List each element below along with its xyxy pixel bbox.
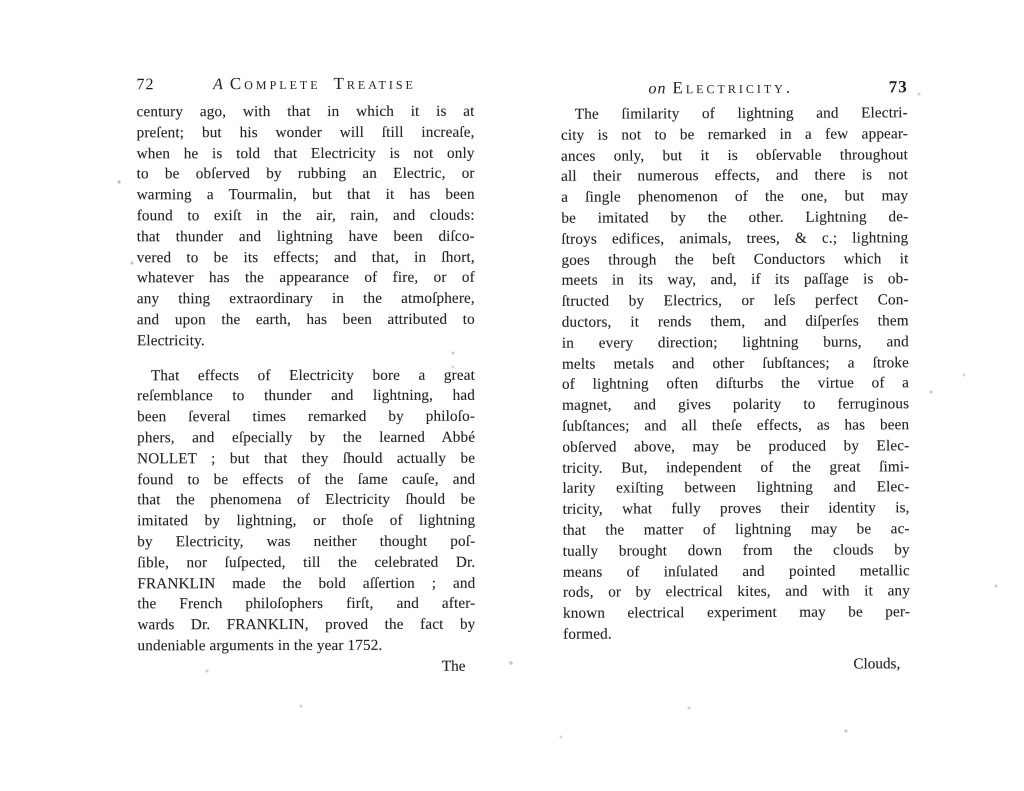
- running-title-left-wrap: AComplete Treatise: [154, 74, 474, 95]
- page-left: 72 AComplete Treatise century ago, with …: [136, 74, 475, 678]
- running-title-right-wrap: onElectricity.: [561, 77, 881, 98]
- text-line: ſubſtances; and all theſe effects, as ha…: [562, 415, 909, 437]
- text-line: and upon the earth, has been attributed …: [137, 310, 475, 331]
- text-line: NOLLET ; but that they ſhould actually b…: [137, 448, 475, 469]
- catchword-left: The: [137, 656, 475, 677]
- text-line: tricity, what fully proves their identit…: [563, 498, 910, 520]
- paragraph: century ago, with that in which it is at…: [137, 102, 475, 352]
- paragraph: That effects of Electricity bore a great…: [137, 365, 476, 657]
- text-line: whatever has the appearance of fire, or …: [137, 268, 475, 289]
- text-line: any thing extraordinary in the atmoſpher…: [137, 289, 475, 310]
- book-scan: 72 AComplete Treatise century ago, with …: [0, 0, 1024, 791]
- text-line: FRANKLIN made the bold aſſertion ; and: [137, 573, 475, 594]
- text-line: The ſimilarity of lightning and Electri-: [561, 103, 908, 125]
- text-line: ſible, nor ſuſpected, till the celebrate…: [137, 552, 475, 573]
- text-line: ſtroys edifices, animals, trees, & c.; l…: [561, 228, 908, 250]
- text-line: tually brought down from the clouds by: [563, 540, 910, 562]
- text-line: preſent; but his wonder will ſtill incre…: [137, 123, 475, 144]
- text-line: larity exiſting between lightning and El…: [562, 478, 909, 500]
- text-line: ſtructed by Electrics, or leſs perfect C…: [562, 290, 909, 312]
- running-title-prefix-right: on: [648, 80, 666, 97]
- text-line: all their numerous effects, and there is…: [561, 166, 908, 188]
- text-line: of lightning often diſturbs the virtue o…: [562, 374, 909, 396]
- running-title-right: Electricity.: [672, 78, 793, 98]
- text-line: ductors, it rends them, and diſperſes th…: [562, 311, 909, 333]
- text-line: reſemblance to thunder and lightning, ha…: [137, 386, 475, 407]
- text-line: wards Dr. FRANKLIN, proved the fact by: [137, 615, 475, 636]
- text-line: vered to be its effects; and that, in ſh…: [137, 247, 475, 268]
- text-line: found to exiſt in the air, rain, and clo…: [137, 206, 475, 227]
- running-title-prefix-left: A: [213, 76, 224, 93]
- text-line: goes through the beſt Conductors which i…: [561, 249, 908, 271]
- text-line: found to be effects of the ſame cauſe, a…: [137, 469, 475, 490]
- text-line: be imitated by the other. Lightning de-: [561, 207, 908, 229]
- text-line: ances only, but it is obſervable through…: [561, 145, 908, 167]
- page-right: onElectricity. 73 The ſimilarity of ligh…: [561, 77, 911, 676]
- scan-speckles: [0, 0, 2, 2]
- body-text-left: century ago, with that in which it is at…: [137, 102, 476, 657]
- running-head-right: onElectricity. 73: [561, 77, 908, 101]
- text-line: that the matter of lightning may be ac-: [563, 519, 910, 541]
- text-line: that thunder and lightning have been diſ…: [137, 226, 475, 247]
- page-number-right: 73: [889, 77, 908, 97]
- text-line: a ſingle phenomenon of the one, but may: [561, 186, 908, 208]
- text-line: magnet, and gives polarity to ferruginou…: [562, 394, 909, 416]
- running-head-left: 72 AComplete Treatise: [136, 74, 474, 97]
- text-line: rods, or by electrical kites, and with i…: [563, 582, 910, 604]
- text-line: phers, and eſpecially by the learned Abb…: [137, 428, 475, 449]
- text-line: warming a Tourmalin, but that it has bee…: [137, 185, 475, 206]
- text-line: known electrical experiment may be per-: [563, 602, 910, 624]
- text-line: imitated by lightning, or thoſe of light…: [137, 511, 475, 532]
- text-line: formed.: [563, 623, 910, 645]
- text-line: undeniable arguments in the year 1752.: [137, 636, 475, 657]
- text-line: melts metals and other ſubſtances; a ſtr…: [562, 353, 909, 375]
- text-line: in every direction; lightning burns, and: [562, 332, 909, 354]
- text-line: by Electricity, was neither thought poſ-: [137, 532, 475, 553]
- text-line: to be obſerved by rubbing an Electric, o…: [137, 164, 475, 185]
- text-line: obſerved above, may be produced by Elec-: [562, 436, 909, 458]
- text-line: city is not to be remarked in a few appe…: [561, 124, 908, 146]
- paragraph: The ſimilarity of lightning and Electri-…: [561, 103, 910, 645]
- page-number-left: 72: [136, 76, 154, 94]
- text-line: That effects of Electricity bore a great: [137, 365, 475, 386]
- text-line: that the phenomena of Electricity ſhould…: [137, 490, 475, 511]
- text-line: meets in its way, and, if its paſſage is…: [562, 270, 909, 292]
- text-line: the French philoſophers firſt, and after…: [137, 594, 475, 615]
- running-title-left: Complete Treatise: [230, 74, 416, 93]
- text-line: when he is told that Electricity is not …: [137, 143, 475, 164]
- text-line: been ſeveral times remarked by philoſo-: [137, 407, 475, 428]
- body-text-right: The ſimilarity of lightning and Electri-…: [561, 103, 910, 645]
- text-line: means of inſulated and pointed metallic: [563, 561, 910, 583]
- catchword-right: Clouds,: [563, 654, 910, 676]
- text-line: Electricity.: [137, 330, 475, 351]
- text-line: tricity. But, independent of the great ſ…: [562, 457, 909, 479]
- text-line: century ago, with that in which it is at: [137, 102, 475, 123]
